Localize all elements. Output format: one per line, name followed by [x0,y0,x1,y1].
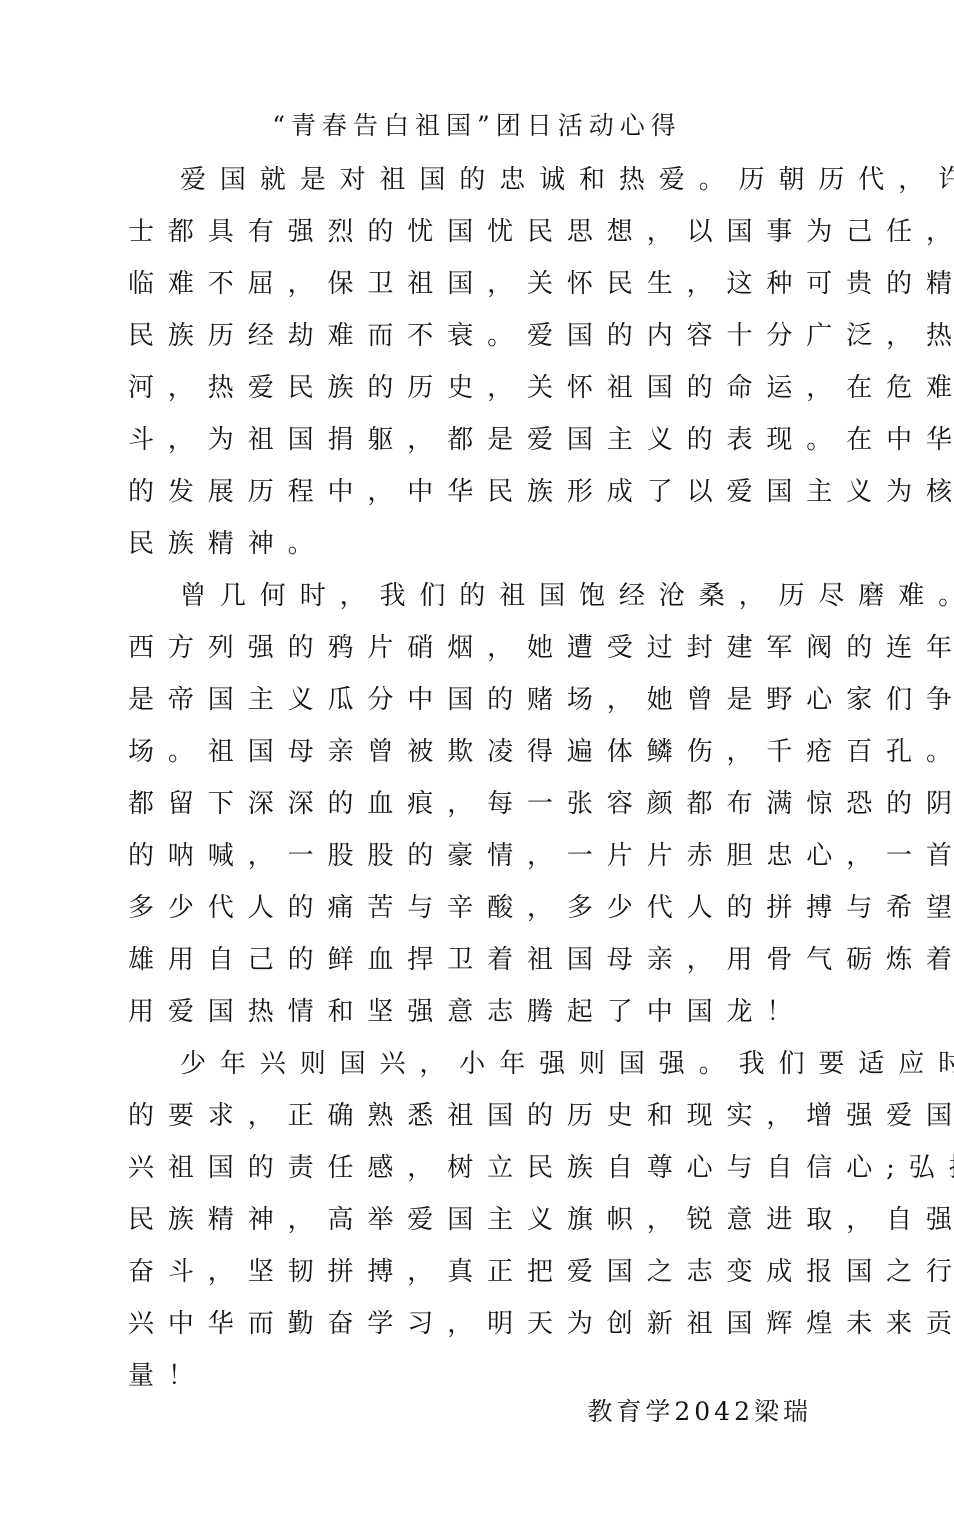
text-line: 是帝国主义瓜分中国的赌场，她曾是野心家们争权夺利的赛 [128,674,812,726]
text-line: 河，热爱民族的历史，关怀祖国的命运，在危难之时英勇战 [128,362,812,414]
text-line: 的发展历程中，中华民族形成了以爱国主义为核心的伟大的 [128,466,812,518]
text-line: 民族历经劫难而不衰。爱国的内容十分广泛，热爱祖国的山 [128,310,812,362]
text-line: 的要求，正确熟悉祖国的历史和现实，增强爱国的情感和振 [128,1090,812,1142]
text-line: 兴祖国的责任感，树立民族自尊心与自信心;弘扬伟大的中华 [128,1142,812,1194]
text-line: 奋斗，坚韧拼搏，真正把爱国之志变成报国之行。今天为振 [128,1246,812,1298]
text-line: 兴中华而勤奋学习，明天为创新祖国辉煌未来贡献自己的力 [128,1298,812,1350]
text-line: 用爱国热情和坚强意志腾起了中国龙！ [128,986,812,1038]
text-line: 爱国就是对祖国的忠诚和热爱。历朝历代，许多仁人志 [128,154,812,206]
text-line: 西方列强的鸦片硝烟，她遭受过封建军阀的连年混战，她曾 [128,622,812,674]
paragraph-3: 少年兴则国兴，小年强则国强。我们要适应时代的发展 的要求，正确熟悉祖国的历史和现… [128,1038,812,1402]
text-line: 斗，为祖国捐躯，都是爱国主义的表现。在中华民族五千年 [128,414,812,466]
text-line: 的呐喊，一股股的豪情，一片片赤胆忠心，一首首慷慨悲歌， [128,830,812,882]
text-line: 士都具有强烈的忧国忧民思想，以国事为己任，前仆后继， [128,206,812,258]
author-signature: 教育学2042梁瑞 [587,1392,812,1432]
document-body: 爱国就是对祖国的忠诚和热爱。历朝历代，许多仁人志 士都具有强烈的忧国忧民思想，以… [128,154,812,1402]
text-line: 少年兴则国兴，小年强则国强。我们要适应时代的发展 [128,1038,812,1090]
text-line: 都留下深深的血痕，每一张容颜都布满惊恐的阴霾。一声声 [128,778,812,830]
text-line: 多少代人的痛苦与辛酸，多少代人的拼搏与希望。一代代英 [128,882,812,934]
text-line: 民族精神，高举爱国主义旗帜，锐意进取，自强不息，艰苦 [128,1194,812,1246]
document-page: “青春告白祖国”团日活动心得 爱国就是对祖国的忠诚和热爱。历朝历代，许多仁人志 … [0,0,954,1514]
text-line: 曾几何时，我们的祖国饱经沧桑，历尽磨难。她经历过 [128,570,812,622]
paragraph-2: 曾几何时，我们的祖国饱经沧桑，历尽磨难。她经历过 西方列强的鸦片硝烟，她遭受过封… [128,570,812,1038]
paragraph-1: 爱国就是对祖国的忠诚和热爱。历朝历代，许多仁人志 士都具有强烈的忧国忧民思想，以… [128,154,812,570]
text-line: 临难不屈，保卫祖国，关怀民生，这种可贵的精神，使中华 [128,258,812,310]
document-title: “青春告白祖国”团日活动心得 [0,108,954,144]
text-line: 场。祖国母亲曾被欺凌得遍体鳞伤，千疮百孔。每一寸土地 [128,726,812,778]
text-line: 民族精神。 [128,518,812,570]
text-line: 雄用自己的鲜血捍卫着祖国母亲，用骨气砺炼着民族精神， [128,934,812,986]
